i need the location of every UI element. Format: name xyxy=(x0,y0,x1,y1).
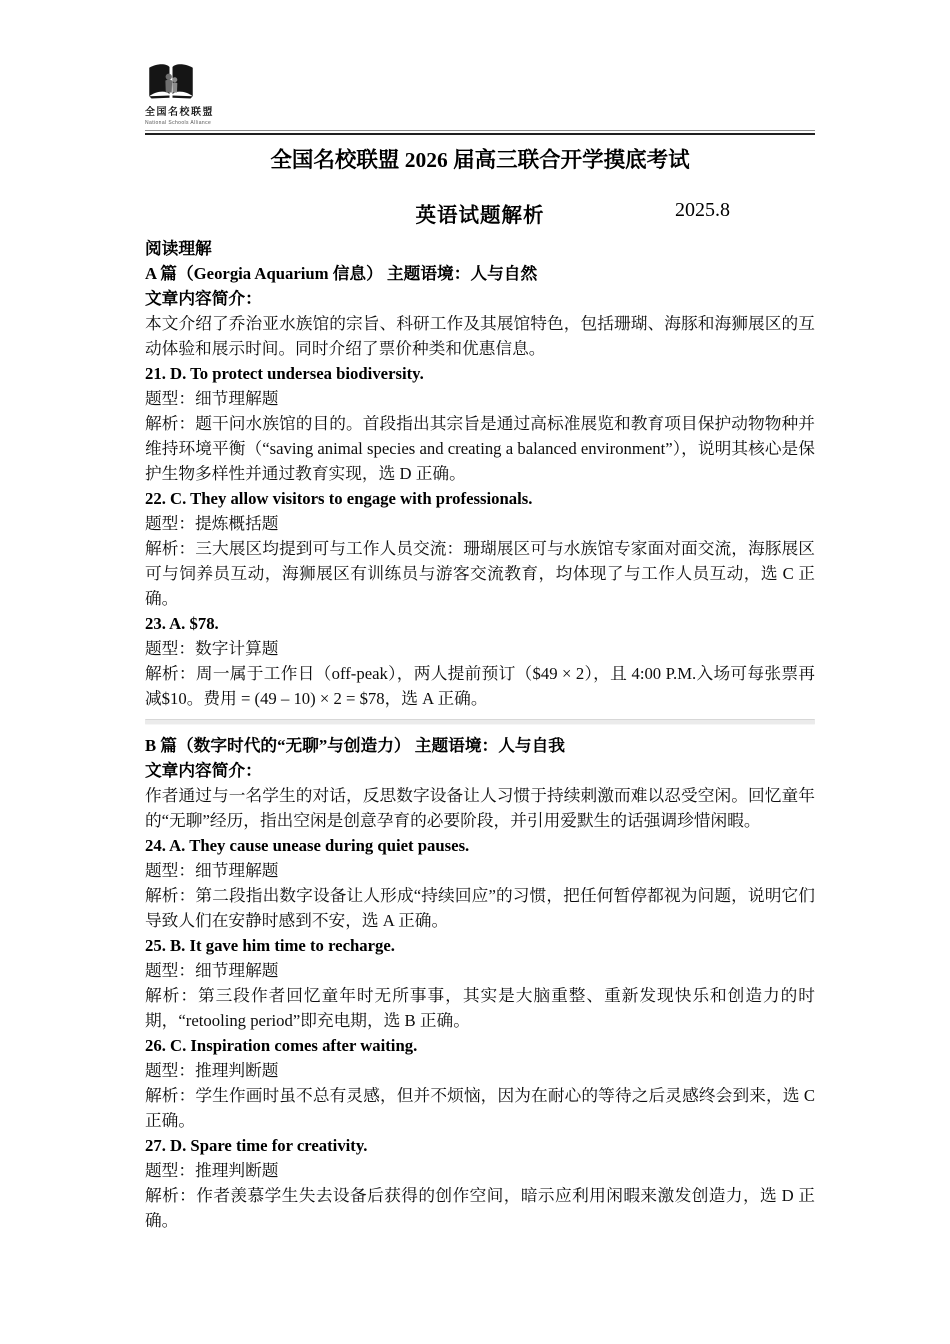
passage-b-heading: B 篇（数字时代的“无聊”与创造力） 主题语境：人与自我 xyxy=(145,733,815,758)
question-22-analysis: 解析：三大展区均提到可与工作人员交流：珊瑚展区可与水族馆专家面对面交流，海豚展区… xyxy=(145,536,815,611)
question-24-analysis: 解析：第二段指出数字设备让人形成“持续回应”的习惯，把任何暂停都视为问题，说明它… xyxy=(145,883,815,933)
question-23-answer: 23. A. $78. xyxy=(145,611,815,636)
passage-a-intro-label: 文章内容简介： xyxy=(145,286,815,311)
question-25-analysis: 解析：第三段作者回忆童年时无所事事，其实是大脑重整、重新发现快乐和创造力的时期，… xyxy=(145,983,815,1033)
question-21-answer: 21. D. To protect undersea biodiversity. xyxy=(145,361,815,386)
question-22-answer: 22. C. They allow visitors to engage wit… xyxy=(145,486,815,511)
subject-row: 英语试题解析 2025.8 xyxy=(145,198,815,227)
question-27-analysis: 解析：作者羡慕学生失去设备后获得的创作空间，暗示应利用闲暇来激发创造力，选 D … xyxy=(145,1183,815,1233)
logo-subtitle: National Schools Alliance xyxy=(145,120,265,126)
question-21-analysis: 解析：题干问水族馆的目的。首段指出其宗旨是通过高标准展览和教育项目保护动物物种并… xyxy=(145,411,815,486)
question-27-type: 题型：推理判断题 xyxy=(145,1158,815,1183)
question-26-answer: 26. C. Inspiration comes after waiting. xyxy=(145,1033,815,1058)
passage-b-intro-text: 作者通过与一名学生的对话，反思数字设备让人习惯于持续刺激而难以忍受空闲。回忆童年… xyxy=(145,783,815,833)
question-25-answer: 25. B. It gave him time to recharge. xyxy=(145,933,815,958)
question-23-type: 题型：数字计算题 xyxy=(145,636,815,661)
document-body: 阅读理解 A 篇（Georgia Aquarium 信息） 主题语境：人与自然 … xyxy=(145,236,815,1233)
document-title: 全国名校联盟 2026 届高三联合开学摸底考试 xyxy=(145,146,815,175)
document-page: 全国名校联盟 National Schools Alliance 全国名校联盟 … xyxy=(0,0,950,1344)
question-22-type: 题型：提炼概括题 xyxy=(145,511,815,536)
logo-name: 全国名校联盟 xyxy=(145,103,265,118)
passage-a-intro-text: 本文介绍了乔治亚水族馆的宗旨、科研工作及其展馆特色，包括珊瑚、海豚和海狮展区的互… xyxy=(145,311,815,361)
passage-b-intro-label: 文章内容简介： xyxy=(145,758,815,783)
header-divider-line xyxy=(145,130,815,135)
question-23-analysis: 解析：周一属于工作日（off-peak），两人提前预订（$49 × 2），且 4… xyxy=(145,661,815,711)
section-heading: 阅读理解 xyxy=(145,236,815,261)
document-content: 全国名校联盟 National Schools Alliance 全国名校联盟 … xyxy=(145,0,815,1233)
subject-title: 英语试题解析 xyxy=(416,205,545,227)
question-24-answer: 24. A. They cause unease during quiet pa… xyxy=(145,833,815,858)
question-26-type: 题型：推理判断题 xyxy=(145,1058,815,1083)
question-21-type: 题型：细节理解题 xyxy=(145,386,815,411)
passage-a-heading: A 篇（Georgia Aquarium 信息） 主题语境：人与自然 xyxy=(145,261,815,286)
alliance-logo: 全国名校联盟 National Schools Alliance xyxy=(145,0,265,126)
question-25-type: 题型：细节理解题 xyxy=(145,958,815,983)
exam-date: 2025.8 xyxy=(675,199,730,222)
document-header: 全国名校联盟 National Schools Alliance 全国名校联盟 … xyxy=(145,0,815,227)
open-book-logo-icon xyxy=(147,62,195,102)
question-26-analysis: 解析：学生作画时虽不总有灵感，但并不烦恼，因为在耐心的等待之后灵感终会到来，选 … xyxy=(145,1083,815,1133)
section-divider xyxy=(145,719,815,725)
question-27-answer: 27. D. Spare time for creativity. xyxy=(145,1133,815,1158)
question-24-type: 题型：细节理解题 xyxy=(145,858,815,883)
